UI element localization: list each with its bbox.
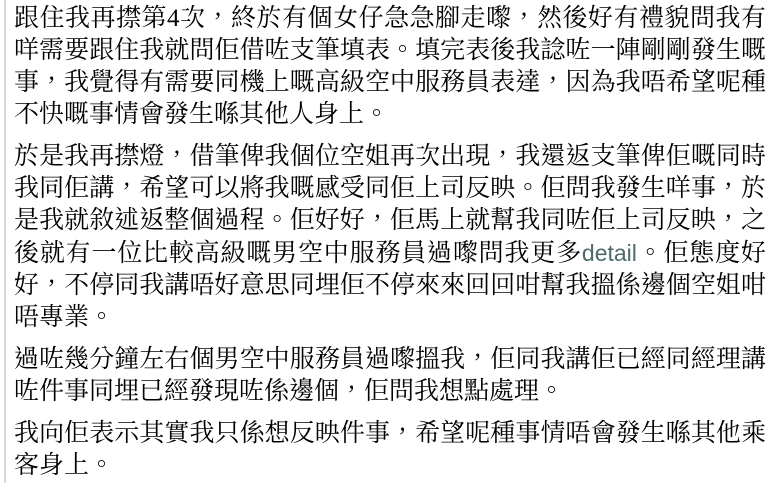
paragraph-3: 過咗幾分鐘左右個男空中服務員過嚟搵我，佢同我講佢已經同經理講咗件事同埋已經發現咗… bbox=[14, 344, 766, 408]
article-body: 跟住我再㩒第4次，終於有個女仔急急腳走嚟，然後好有禮貌問我有咩需要跟住我就問佢借… bbox=[14, 3, 766, 482]
detail-word: detail bbox=[582, 240, 637, 266]
article-page: 跟住我再㩒第4次，終於有個女仔急急腳走嚟，然後好有禮貌問我有咩需要跟住我就問佢借… bbox=[0, 0, 780, 483]
left-border-divider bbox=[4, 0, 6, 483]
paragraph-2: 於是我再㩒燈，借筆俾我個位空姐再次出現，我還返支筆俾佢嘅同時我同佢講，希望可以將… bbox=[14, 141, 766, 334]
paragraph-1: 跟住我再㩒第4次，終於有個女仔急急腳走嚟，然後好有禮貌問我有咩需要跟住我就問佢借… bbox=[14, 3, 766, 131]
paragraph-4: 我向佢表示其實我只係想反映件事，希望呢種事情唔會發生喺其他乘客身上。 bbox=[14, 418, 766, 482]
